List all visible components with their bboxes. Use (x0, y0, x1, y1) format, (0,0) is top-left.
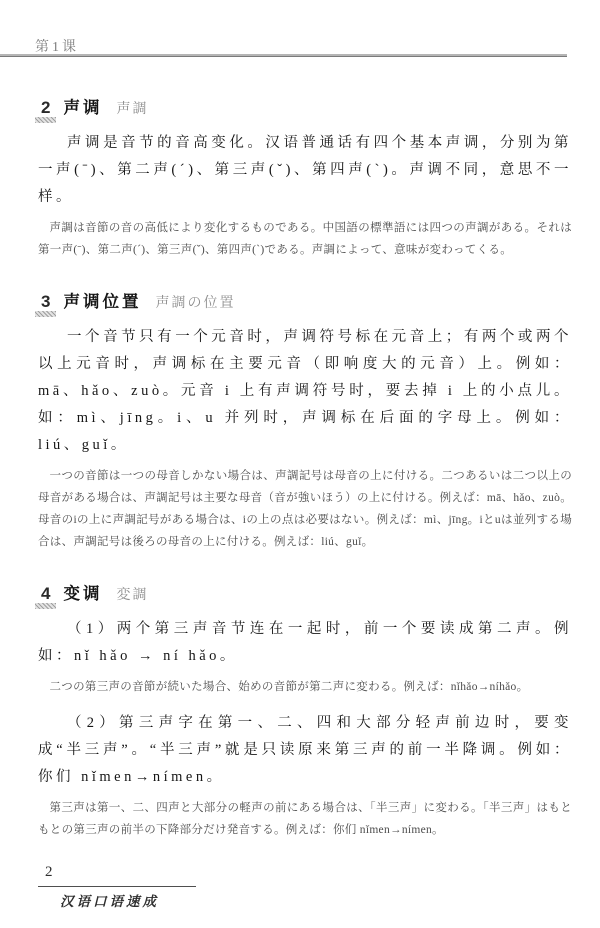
section-number: 3 (38, 292, 53, 312)
chinese-paragraph: 一个音节只有一个元音时，声调符号标在元音上；有两个或两个以上元音时，声调标在主要… (38, 324, 572, 459)
section-title-japanese: 声調 (116, 98, 148, 118)
section-tone-change: 4 变调 変調 （1）两个第三声音节连在一起时，前一个要读成第二声。例如：nǐ … (38, 580, 572, 841)
section-heading: 3 声调位置 声調の位置 (38, 288, 572, 312)
footer-rule (38, 886, 196, 887)
chinese-paragraph: （2）第三声字在第一、二、四和大部分轻声前边时，要变成“半三声”。“半三声”就是… (38, 710, 572, 791)
chinese-paragraph: （1）两个第三声音节连在一起时，前一个要读成第二声。例如：nǐ hǎo → ní… (38, 616, 572, 670)
section-title-japanese: 変調 (116, 584, 148, 604)
section-heading: 4 变调 変調 (38, 580, 572, 604)
section-title-chinese: 声调位置 (63, 288, 141, 312)
section-title-japanese: 声調の位置 (155, 292, 235, 312)
lesson-running-head: 第1课 (35, 36, 79, 56)
header-rule (0, 54, 567, 58)
section-title-chinese: 声调 (63, 94, 102, 118)
textbook-page: 第1课 2 声调 声調 声调是音节的音高变化。汉语普通话有四个基本声调，分别为第… (0, 0, 600, 928)
section-tones: 2 声调 声調 声调是音节的音高变化。汉语普通话有四个基本声调，分别为第一声(ˉ… (38, 94, 572, 261)
japanese-paragraph: 声調は音節の音の高低により変化するものである。中国語の標準語には四つの声調がある… (38, 217, 572, 261)
section-tone-position: 3 声调位置 声調の位置 一个音节只有一个元音时，声调符号标在元音上；有两个或两… (38, 288, 572, 553)
chinese-paragraph: 声调是音节的音高变化。汉语普通话有四个基本声调，分别为第一声(ˉ)、第二声(ˊ)… (38, 130, 572, 211)
japanese-paragraph: 一つの音節は一つの母音しかない場合は、声調記号は母音の上に付ける。二つあるいは二… (38, 465, 572, 553)
page-number: 2 (45, 864, 53, 881)
japanese-paragraph: 第三声は第一、二、四声と大部分の軽声の前にある場合は、「半三声」に変わる。「半三… (38, 797, 572, 841)
page-content: 2 声调 声調 声调是音节的音高变化。汉语普通话有四个基本声调，分别为第一声(ˉ… (38, 94, 572, 868)
book-title: 汉语口语速成 (60, 890, 159, 910)
section-number: 4 (38, 584, 53, 604)
section-number: 2 (38, 98, 53, 118)
section-heading: 2 声调 声調 (38, 94, 572, 118)
section-title-chinese: 变调 (63, 580, 102, 604)
japanese-paragraph: 二つの第三声の音節が続いた場合、始めの音節が第二声に変わる。例えば：nǐhǎo→… (38, 676, 572, 698)
